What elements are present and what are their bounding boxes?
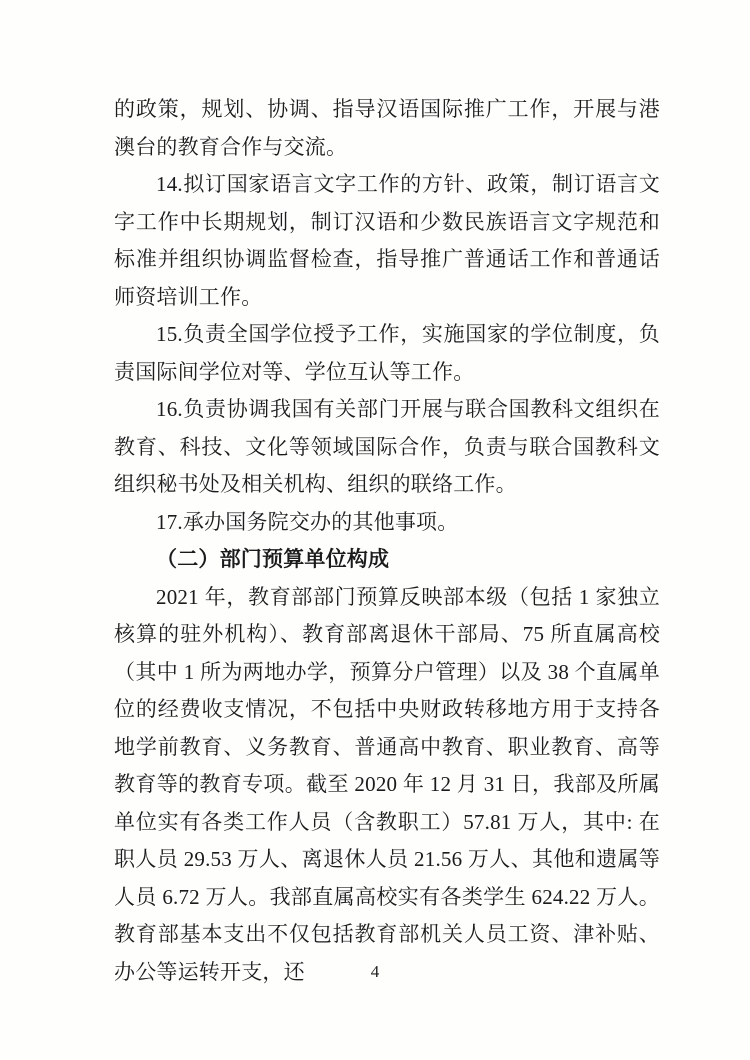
- body-paragraph: 17.承办国务院交办的其他事项。: [114, 504, 660, 542]
- body-paragraph: 的政策，规划、协调、指导汉语国际推广工作，开展与港澳台的教育合作与交流。: [114, 91, 660, 166]
- body-paragraph: 2021 年，教育部部门预算反映部本级（包括 1 家独立核算的驻外机构）、教育部…: [114, 579, 660, 992]
- body-paragraph: 15.负责全国学位授予工作，实施国家的学位制度，负责国际间学位对等、学位互认等工…: [114, 316, 660, 391]
- document-body: 的政策，规划、协调、指导汉语国际推广工作，开展与港澳台的教育合作与交流。14.拟…: [114, 91, 660, 991]
- document-page: 的政策，规划、协调、指导汉语国际推广工作，开展与港澳台的教育合作与交流。14.拟…: [0, 0, 750, 1060]
- section-heading: （二）部门预算单位构成: [114, 541, 660, 579]
- body-paragraph: 14.拟订国家语言文字工作的方针、政策，制订语言文字工作中长期规划，制订汉语和少…: [114, 166, 660, 316]
- body-paragraph: 16.负责协调我国有关部门开展与联合国教科文组织在教育、科技、文化等领域国际合作…: [114, 391, 660, 504]
- page-number: 4: [0, 962, 750, 982]
